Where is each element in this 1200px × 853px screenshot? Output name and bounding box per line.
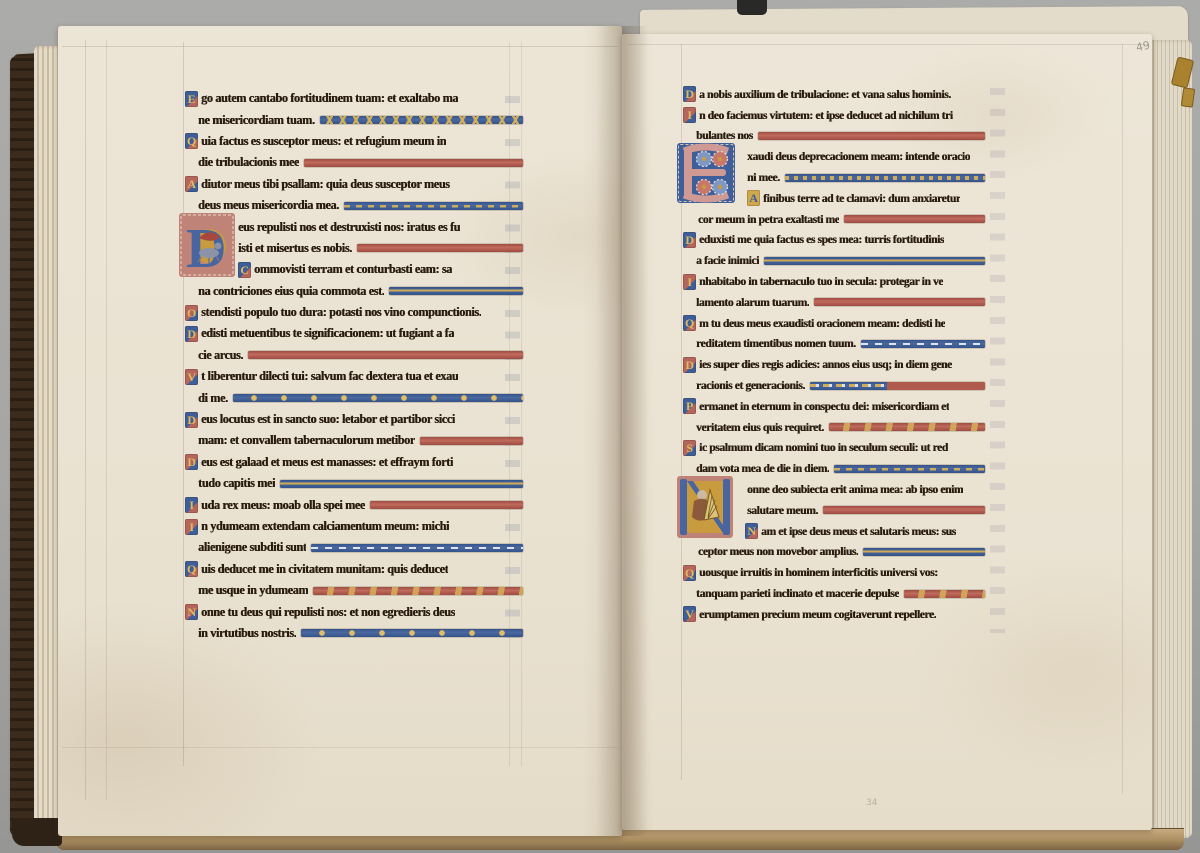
text-line: Deus locutus est in sancto suo: letabor … bbox=[185, 409, 525, 430]
text-line: mam: et convallem tabernaculorum metibor bbox=[185, 430, 525, 451]
verse-text: die tribulacionis mee bbox=[198, 155, 299, 170]
text-line: Deus est galaad et meus est manasses: et… bbox=[185, 452, 525, 473]
text-line: lamento alarum tuarum. bbox=[683, 292, 987, 313]
verse-text: stendisti populo tuo dura: potasti nos v… bbox=[201, 305, 481, 320]
verse-text: alienigene subditi sunt bbox=[198, 540, 306, 555]
verse-text: tanquam parieti inclinato et macerie dep… bbox=[696, 587, 899, 600]
verse-text: ies super dies regis adicies: annos eius… bbox=[699, 358, 952, 371]
verse-text: uousque irruitis in hominem interficitis… bbox=[699, 566, 938, 579]
verse-text: diutor meus tibi psallam: quia deus susc… bbox=[201, 177, 450, 192]
versal-initial: Q bbox=[683, 565, 696, 581]
verse-text: di me. bbox=[198, 391, 228, 406]
verse-text: go autem cantabo fortitudinem tuam: et e… bbox=[201, 91, 458, 106]
text-line: me usque in ydumeam bbox=[185, 580, 525, 601]
line-filler-ornament bbox=[834, 465, 985, 473]
versal-initial: S bbox=[683, 440, 696, 456]
line-filler-ornament bbox=[320, 116, 523, 124]
pencil-mark: 34 bbox=[866, 798, 877, 808]
verse-text: ceptor meus non movebor amplius. bbox=[698, 545, 858, 558]
text-line: Ostendisti populo tuo dura: potasti nos … bbox=[185, 302, 525, 323]
line-filler-ornament bbox=[357, 244, 523, 252]
verse-text: ommovisti terram et conturbasti eam: sa bbox=[254, 262, 452, 277]
text-line: Inhabitabo in tabernaculo tuo in secula:… bbox=[683, 271, 987, 292]
versal-initial: I bbox=[185, 497, 198, 513]
text-line: Dies super dies regis adicies: annos eiu… bbox=[683, 354, 987, 375]
verse-text: veritatem eius quis requiret. bbox=[696, 421, 824, 434]
verse-text: bulantes nos bbox=[696, 129, 753, 142]
versal-initial: O bbox=[185, 305, 198, 321]
verse-text: salutare meum. bbox=[747, 504, 818, 517]
verse-text: na contriciones eius quia commota est. bbox=[198, 284, 384, 299]
ruling-line bbox=[85, 40, 86, 800]
text-line: Iuda rex meus: moab olla spei mee bbox=[185, 494, 525, 515]
text-line: cie arcus. bbox=[185, 345, 525, 366]
verse-text: eus repulisti nos et destruxisti nos: ir… bbox=[238, 220, 460, 235]
verse-text: m tu deus meus exaudisti oracionem meam:… bbox=[699, 317, 945, 330]
text-line: ne misericordiam tuam. bbox=[185, 109, 525, 130]
text-line: deus meus misericordia mea. bbox=[185, 195, 525, 216]
verse-text: uia factus es susceptor meus: et refugiu… bbox=[201, 134, 446, 149]
line-filler-ornament bbox=[764, 257, 985, 265]
versal-initial: N bbox=[745, 523, 758, 539]
verse-text: n ydumeam extendam calciamentum meum: mi… bbox=[201, 519, 449, 534]
text-line: tudo capitis mei bbox=[185, 473, 525, 494]
versal-initial: C bbox=[238, 262, 251, 278]
text-line: Nonne tu deus qui repulisti nos: et non … bbox=[185, 601, 525, 622]
verse-text: ic psalmum dicam nomini tuo in seculum s… bbox=[699, 441, 948, 454]
text-line: a facie inimici bbox=[683, 250, 987, 271]
text-line: alienigene subditi sunt bbox=[185, 537, 525, 558]
verse-text: deus meus misericordia mea. bbox=[198, 198, 339, 213]
versal-initial: A bbox=[747, 190, 760, 206]
versal-initial: A bbox=[185, 176, 198, 192]
text-line: In ydumeam extendam calciamentum meum: m… bbox=[185, 516, 525, 537]
verse-text: onne deo subiecta erit anima mea: ab ips… bbox=[747, 483, 963, 496]
ruling-line bbox=[183, 42, 184, 766]
text-line: In deo faciemus virtutem: et ipse deduce… bbox=[683, 105, 987, 126]
leather-binding-spine bbox=[10, 56, 37, 838]
ruling-line bbox=[1122, 44, 1123, 794]
verse-text: reditatem timentibus nomen tuum. bbox=[696, 337, 856, 350]
line-filler-ornament bbox=[758, 132, 985, 140]
text-line: Ego autem cantabo fortitudinem tuam: et … bbox=[185, 88, 525, 109]
text-line: na contriciones eius quia commota est. bbox=[185, 281, 525, 302]
line-filler-ornament bbox=[233, 394, 523, 402]
right-page-edge-stack bbox=[1150, 40, 1192, 838]
text-line: die tribulacionis mee bbox=[185, 152, 525, 173]
line-filler-ornament bbox=[814, 298, 985, 306]
line-filler-ornament bbox=[420, 437, 523, 445]
verse-text: am et ipse deus meus et salutaris meus: … bbox=[761, 525, 956, 538]
verse-text: eduxisti me quia factus es spes mea: tur… bbox=[699, 233, 944, 246]
initial-e-scroll-art bbox=[677, 143, 735, 203]
text-line: Dedisti metuentibus te significacionem: … bbox=[185, 323, 525, 344]
text-line: in virtutibus nostris. bbox=[185, 623, 525, 644]
verse-text: xaudi deus deprecacionem meam: intende o… bbox=[747, 150, 970, 163]
book-gutter-shadow bbox=[596, 26, 648, 836]
versal-initial: D bbox=[185, 412, 198, 428]
verse-text: mam: et convallem tabernaculorum metibor bbox=[198, 433, 415, 448]
verse-text: t liberentur dilecti tui: salvum fac dex… bbox=[201, 369, 458, 384]
verse-text: finibus terre ad te clamavi: dum anxiare… bbox=[763, 192, 960, 205]
versal-initial: V bbox=[683, 606, 696, 622]
verse-text: in virtutibus nostris. bbox=[198, 626, 296, 641]
verse-text: nhabitabo in tabernaculo tuo in secula: … bbox=[699, 275, 943, 288]
initial-n-harpist-art bbox=[677, 476, 733, 538]
text-line: Sic psalmum dicam nomini tuo in seculum … bbox=[683, 438, 987, 459]
verse-text: racionis et generacionis. bbox=[696, 379, 805, 392]
text-line: Quis deducet me in civitatem munitam: qu… bbox=[185, 559, 525, 580]
line-filler-ornament bbox=[304, 159, 523, 167]
text-line: eus repulisti nos et destruxisti nos: ir… bbox=[185, 216, 525, 237]
verse-text: onne tu deus qui repulisti nos: et non e… bbox=[201, 605, 455, 620]
verse-text: tudo capitis mei bbox=[198, 476, 275, 491]
text-line: isti et misertus es nobis. bbox=[185, 238, 525, 259]
text-line: Da nobis auxilium de tribulacione: et va… bbox=[683, 84, 987, 105]
line-filler-ornament bbox=[863, 548, 985, 556]
historiated-initial-d-beast: D bbox=[179, 213, 235, 281]
manuscript-photo-scene: Ego autem cantabo fortitudinem tuam: et … bbox=[0, 0, 1200, 853]
text-block-right: Da nobis auxilium de tribulacione: et va… bbox=[683, 84, 987, 625]
text-line: Qm tu deus meus exaudisti oracionem meam… bbox=[683, 313, 987, 334]
verse-text: lamento alarum tuarum. bbox=[696, 296, 809, 309]
ruling-line bbox=[628, 44, 1148, 45]
text-line: Vt liberentur dilecti tui: salvum fac de… bbox=[185, 366, 525, 387]
line-filler-ornament bbox=[904, 590, 985, 598]
text-line: Commovisti terram et conturbasti eam: sa bbox=[185, 259, 525, 280]
text-line: ceptor meus non movebor amplius. bbox=[683, 542, 987, 563]
verse-text: uis deducet me in civitatem munitam: qui… bbox=[201, 562, 448, 577]
versal-initial: Q bbox=[683, 315, 696, 331]
verse-text: a nobis auxilium de tribulacione: et van… bbox=[699, 88, 951, 101]
text-line: Deduxisti me quia factus es spes mea: tu… bbox=[683, 230, 987, 251]
line-filler-ornament bbox=[389, 287, 523, 295]
versal-initial: P bbox=[683, 398, 696, 414]
versal-initial: I bbox=[185, 519, 198, 535]
versal-initial: D bbox=[683, 86, 696, 102]
line-filler-ornament bbox=[311, 544, 523, 552]
line-filler-ornament bbox=[280, 480, 523, 488]
versal-initial: I bbox=[683, 274, 696, 290]
text-line: Permanet in eternum in conspectu dei: mi… bbox=[683, 396, 987, 417]
clasp-tab bbox=[737, 0, 767, 15]
verse-text: erumptamen precium meum cogitaverunt rep… bbox=[699, 608, 936, 621]
verse-text: edisti metuentibus te significacionem: u… bbox=[201, 326, 454, 341]
line-filler-ornament bbox=[829, 423, 985, 431]
line-filler-ornament bbox=[844, 215, 985, 223]
verse-text: a facie inimici bbox=[696, 254, 759, 267]
versal-initial: N bbox=[185, 604, 198, 620]
verse-text: isti et misertus es nobis. bbox=[238, 241, 352, 256]
ruling-line bbox=[62, 46, 618, 47]
text-line: Verumptamen precium meum cogitaverunt re… bbox=[683, 604, 987, 625]
verse-text: ni mee. bbox=[747, 171, 780, 184]
verse-text: eus est galaad et meus est manasses: et … bbox=[201, 455, 453, 470]
text-line: racionis et generacionis. bbox=[683, 375, 987, 396]
versal-initial: D bbox=[683, 232, 696, 248]
binding-bottom-corner bbox=[12, 818, 62, 846]
verse-text: cie arcus. bbox=[198, 348, 243, 363]
line-filler-ornament bbox=[823, 506, 985, 514]
line-filler-ornament bbox=[248, 351, 523, 359]
line-filler-ornament bbox=[301, 629, 523, 637]
ink-offset-smudges bbox=[990, 88, 1005, 633]
versal-initial: D bbox=[683, 357, 696, 373]
line-filler-ornament bbox=[785, 174, 985, 182]
versal-initial: D bbox=[185, 326, 198, 342]
text-line: di me. bbox=[185, 387, 525, 408]
line-filler-ornament bbox=[861, 340, 985, 348]
ruling-line bbox=[106, 40, 107, 800]
versal-initial: Q bbox=[185, 561, 198, 577]
verse-text: n deo faciemus virtutem: et ipse deducet… bbox=[699, 109, 953, 122]
verse-text: cor meum in petra exaltasti me bbox=[698, 213, 839, 226]
versal-initial: Q bbox=[185, 133, 198, 149]
versal-initial: V bbox=[185, 369, 198, 385]
versal-initial: D bbox=[185, 454, 198, 470]
text-line: Quia factus es susceptor meus: et refugi… bbox=[185, 131, 525, 152]
verse-text: dam vota mea de die in diem. bbox=[696, 462, 829, 475]
versal-initial: E bbox=[185, 91, 198, 107]
gold-clasp-remnant bbox=[1181, 87, 1196, 107]
verse-text: ne misericordiam tuam. bbox=[198, 113, 315, 128]
text-line: cor meum in petra exaltasti me bbox=[683, 209, 987, 230]
verse-text: uda rex meus: moab olla spei mee bbox=[201, 498, 365, 513]
text-line: veritatem eius quis requiret. bbox=[683, 417, 987, 438]
verse-text: eus locutus est in sancto suo: letabor e… bbox=[201, 412, 455, 427]
text-line: Quousque irruitis in hominem interficiti… bbox=[683, 562, 987, 583]
text-line: tanquam parieti inclinato et macerie dep… bbox=[683, 583, 987, 604]
decorated-initial-e-scrollwork bbox=[677, 143, 735, 206]
versal-initial: I bbox=[683, 107, 696, 123]
verse-text: ermanet in eternum in conspectu dei: mis… bbox=[699, 400, 949, 413]
historiated-initial-n-harpist bbox=[677, 476, 733, 541]
line-filler-ornament bbox=[810, 382, 985, 390]
verse-text: me usque in ydumeam bbox=[198, 583, 308, 598]
text-line: reditatem timentibus nomen tuum. bbox=[683, 334, 987, 355]
text-block-left: Ego autem cantabo fortitudinem tuam: et … bbox=[185, 88, 525, 644]
initial-d-beast-art: D bbox=[179, 213, 235, 277]
text-line: Adiutor meus tibi psallam: quia deus sus… bbox=[185, 174, 525, 195]
line-filler-ornament bbox=[344, 202, 523, 210]
ruling-line bbox=[62, 747, 618, 748]
line-filler-ornament bbox=[313, 587, 523, 595]
line-filler-ornament bbox=[370, 501, 523, 509]
